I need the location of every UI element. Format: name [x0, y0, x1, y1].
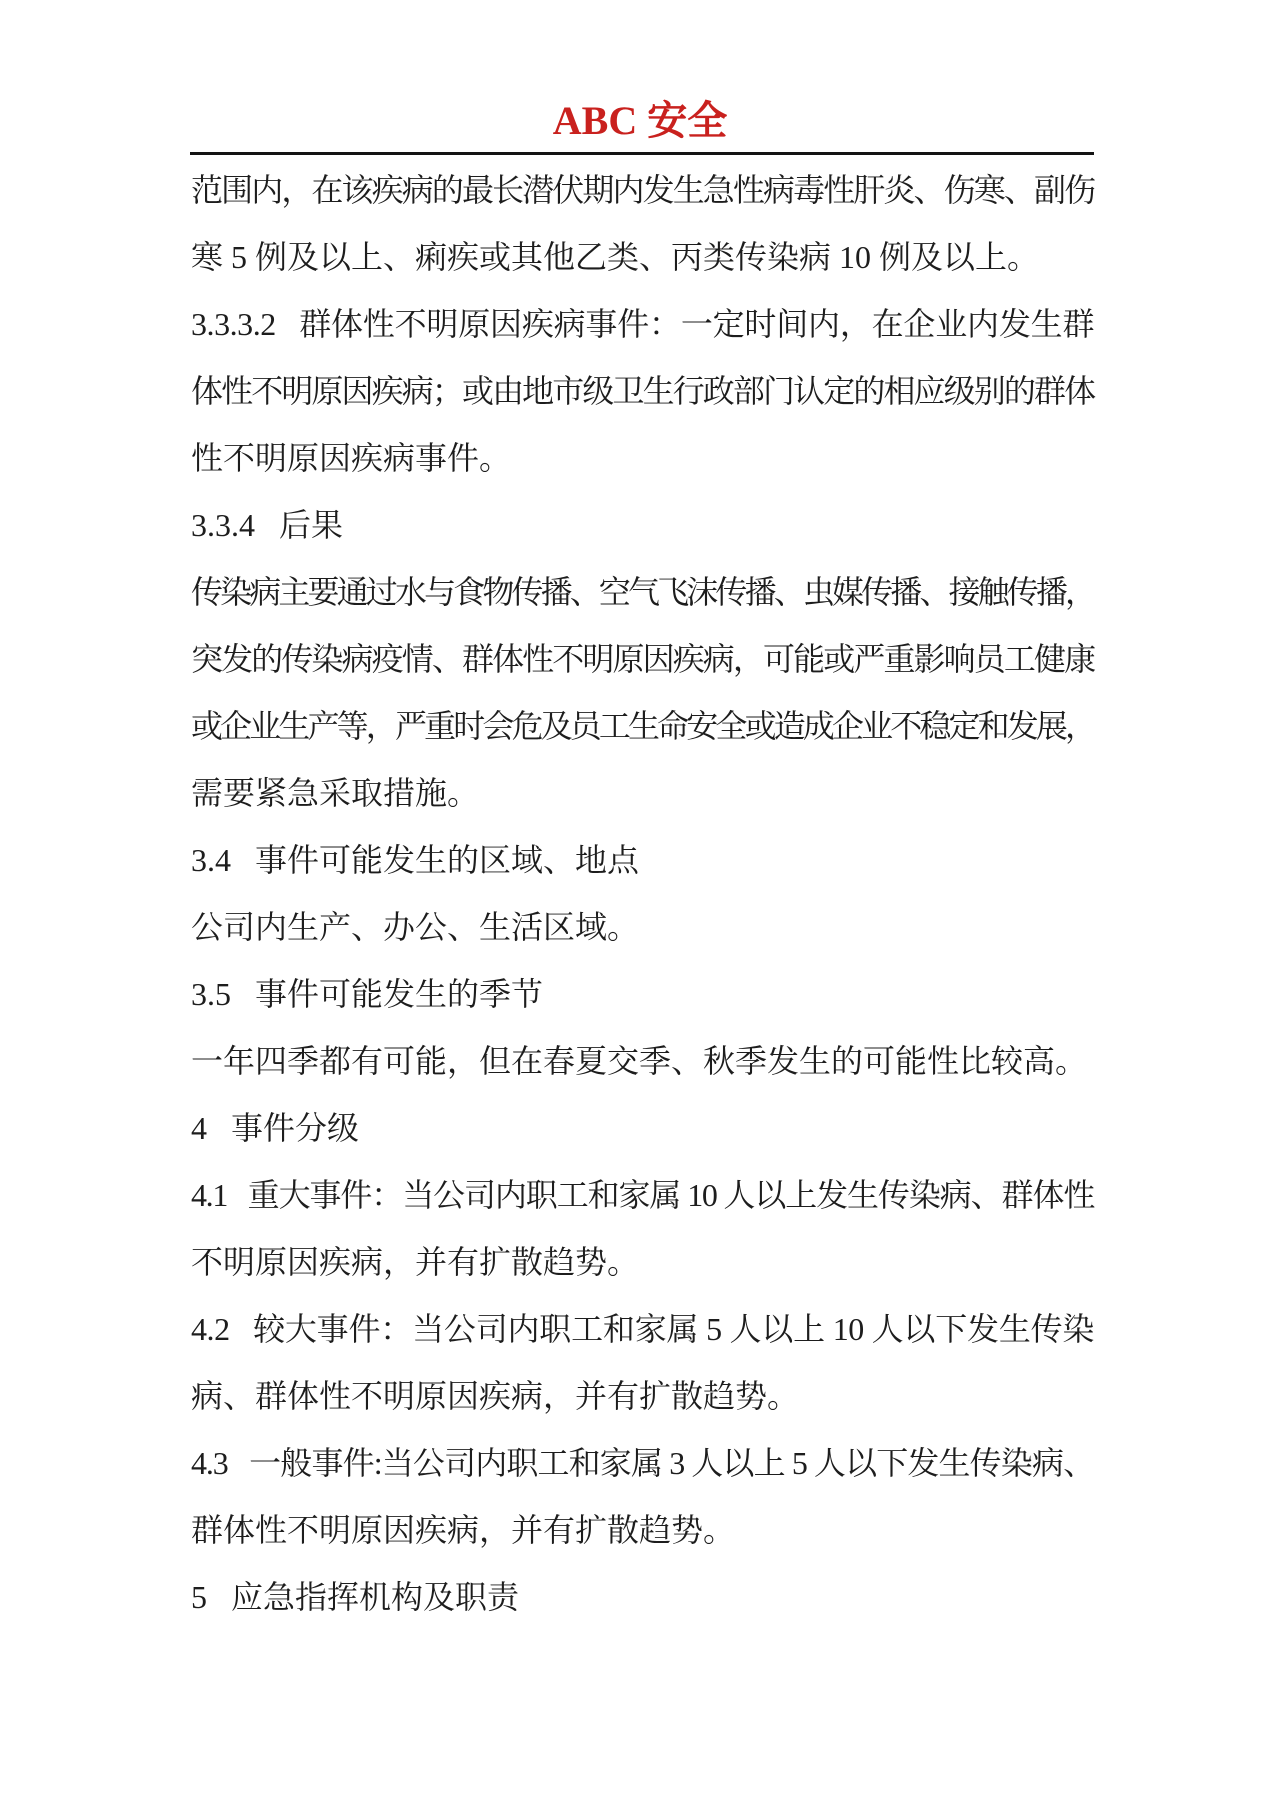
text-line: 突发的传染病疫情、群体性不明原因疾病，可能或严重影响员工健康: [191, 626, 1094, 693]
text-line: 4.1 重大事件：当公司内职工和家属 10 人以上发生传染病、群体性: [191, 1162, 1094, 1229]
text-line: 3.5 事件可能发生的季节: [191, 961, 1094, 1028]
document-body: 范围内，在该疾病的最长潜伏期内发生急性病毒性肝炎、伤寒、副伤寒 5 例及以上、痢…: [191, 157, 1094, 1631]
text-line: 不明原因疾病，并有扩散趋势。: [191, 1229, 1094, 1296]
header-divider: [190, 152, 1094, 155]
page-title: ABC 安全: [0, 101, 1280, 141]
text-line: 需要紧急采取措施。: [191, 760, 1094, 827]
text-line: 传染病主要通过水与食物传播、空气飞沫传播、虫媒传播、接触传播，: [191, 559, 1094, 626]
text-line: 一年四季都有可能，但在春夏交季、秋季发生的可能性比较高。: [191, 1028, 1094, 1095]
text-line: 4.2 较大事件：当公司内职工和家属 5 人以上 10 人以下发生传染: [191, 1296, 1094, 1363]
text-line: 病、群体性不明原因疾病，并有扩散趋势。: [191, 1363, 1094, 1430]
text-line: 4 事件分级: [191, 1095, 1094, 1162]
text-line: 4.3 一般事件:当公司内职工和家属 3 人以上 5 人以下发生传染病、: [191, 1430, 1094, 1497]
text-line: 3.4 事件可能发生的区域、地点: [191, 827, 1094, 894]
text-line: 公司内生产、办公、生活区域。: [191, 894, 1094, 961]
text-line: 体性不明原因疾病；或由地市级卫生行政部门认定的相应级别的群体: [191, 358, 1094, 425]
text-line: 群体性不明原因疾病，并有扩散趋势。: [191, 1497, 1094, 1564]
text-line: 5 应急指挥机构及职责: [191, 1564, 1094, 1631]
text-line: 或企业生产等，严重时会危及员工生命安全或造成企业不稳定和发展，: [191, 693, 1094, 760]
text-line: 性不明原因疾病事件。: [191, 425, 1094, 492]
text-line: 3.3.4 后果: [191, 492, 1094, 559]
text-line: 寒 5 例及以上、痢疾或其他乙类、丙类传染病 10 例及以上。: [191, 224, 1094, 291]
document-page: ABC 安全 范围内，在该疾病的最长潜伏期内发生急性病毒性肝炎、伤寒、副伤寒 5…: [0, 0, 1280, 1810]
text-line: 3.3.3.2 群体性不明原因疾病事件：一定时间内，在企业内发生群: [191, 291, 1094, 358]
text-line: 范围内，在该疾病的最长潜伏期内发生急性病毒性肝炎、伤寒、副伤: [191, 157, 1094, 224]
